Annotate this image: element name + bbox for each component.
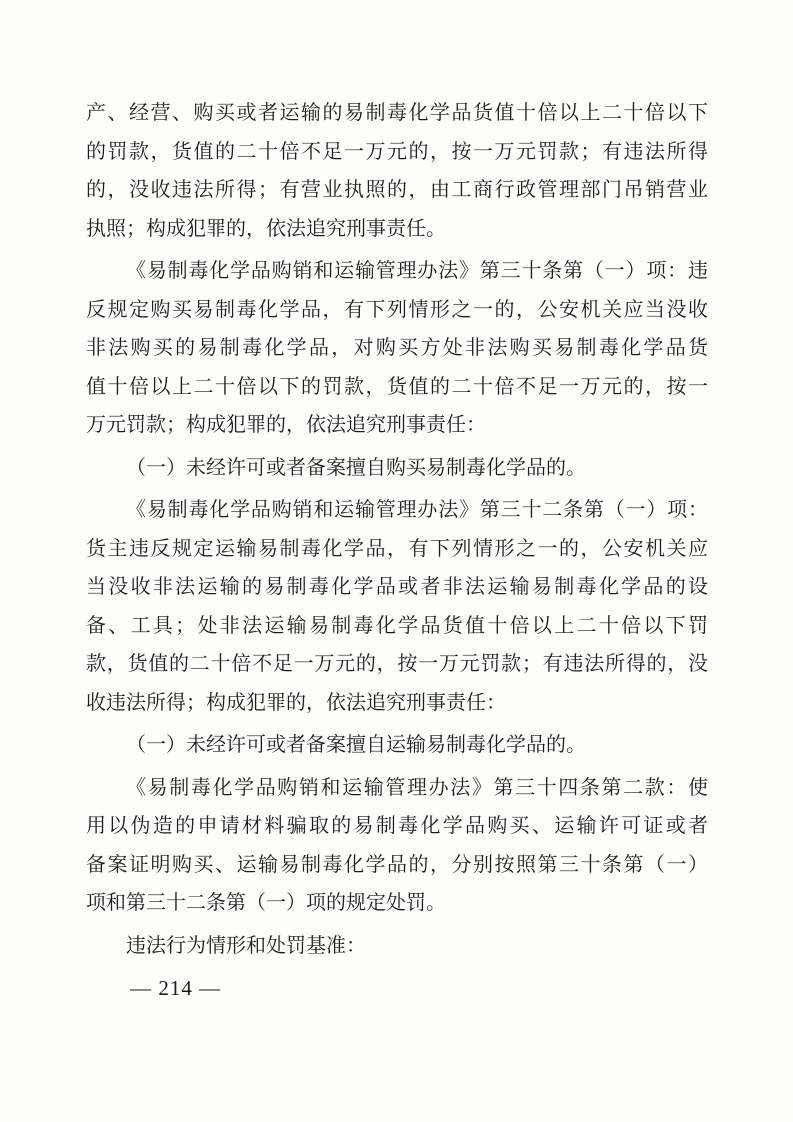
text-line: 值十倍以上二十倍以下的罚款，货值的二十倍不足一万元的，按一 [86, 368, 708, 407]
page-number: — 214 — [86, 969, 708, 1008]
text-line: 《易制毒化学品购销和运输管理办法》第三十四条第二款：使 [86, 769, 708, 808]
text-line: 用以伪造的申请材料骗取的易制毒化学品购买、运输许可证或者 [86, 807, 708, 846]
text-line: 收违法所得；构成犯罪的，依法追究刑事责任： [86, 684, 708, 723]
text-line: 反规定购买易制毒化学品，有下列情形之一的，公安机关应当没收 [86, 291, 708, 330]
text-line: 《易制毒化学品购销和运输管理办法》第三十二条第（一）项： [86, 491, 708, 530]
text-line: 项和第三十二条第（一）项的规定处罚。 [86, 884, 708, 923]
text-line: 万元罚款；构成犯罪的，依法追究刑事责任： [86, 406, 708, 445]
text-line: 备、工具；处非法运输易制毒化学品货值十倍以上二十倍以下罚 [86, 607, 708, 646]
text-line: 产、经营、购买或者运输的易制毒化学品货值十倍以上二十倍以下 [86, 94, 708, 133]
text-line: 款，货值的二十倍不足一万元的，按一万元罚款；有违法所得的，没 [86, 645, 708, 684]
document-body: 产、经营、购买或者运输的易制毒化学品货值十倍以上二十倍以下的罚款，货值的二十倍不… [86, 94, 708, 1008]
text-line: 当没收非法运输的易制毒化学品或者非法运输易制毒化学品的设 [86, 568, 708, 607]
text-line: 备案证明购买、运输易制毒化学品的，分别按照第三十条第（一） [86, 846, 708, 885]
text-line: 执照；构成犯罪的，依法追究刑事责任。 [86, 210, 708, 249]
text-line: 货主违反规定运输易制毒化学品，有下列情形之一的，公安机关应 [86, 530, 708, 569]
text-line: 的罚款，货值的二十倍不足一万元的，按一万元罚款；有违法所得 [86, 133, 708, 172]
document-page: 产、经营、购买或者运输的易制毒化学品货值十倍以上二十倍以下的罚款，货值的二十倍不… [0, 0, 793, 1122]
text-line: 的，没收违法所得；有营业执照的，由工商行政管理部门吊销营业 [86, 171, 708, 210]
text-line: 违法行为情形和处罚基准： [86, 927, 708, 966]
text-line: 非法购买的易制毒化学品，对购买方处非法购买易制毒化学品货 [86, 329, 708, 368]
text-line: （一）未经许可或者备案擅自购买易制毒化学品的。 [86, 449, 708, 488]
text-line: （一）未经许可或者备案擅自运输易制毒化学品的。 [86, 726, 708, 765]
text-line: 《易制毒化学品购销和运输管理办法》第三十条第（一）项：违 [86, 252, 708, 291]
